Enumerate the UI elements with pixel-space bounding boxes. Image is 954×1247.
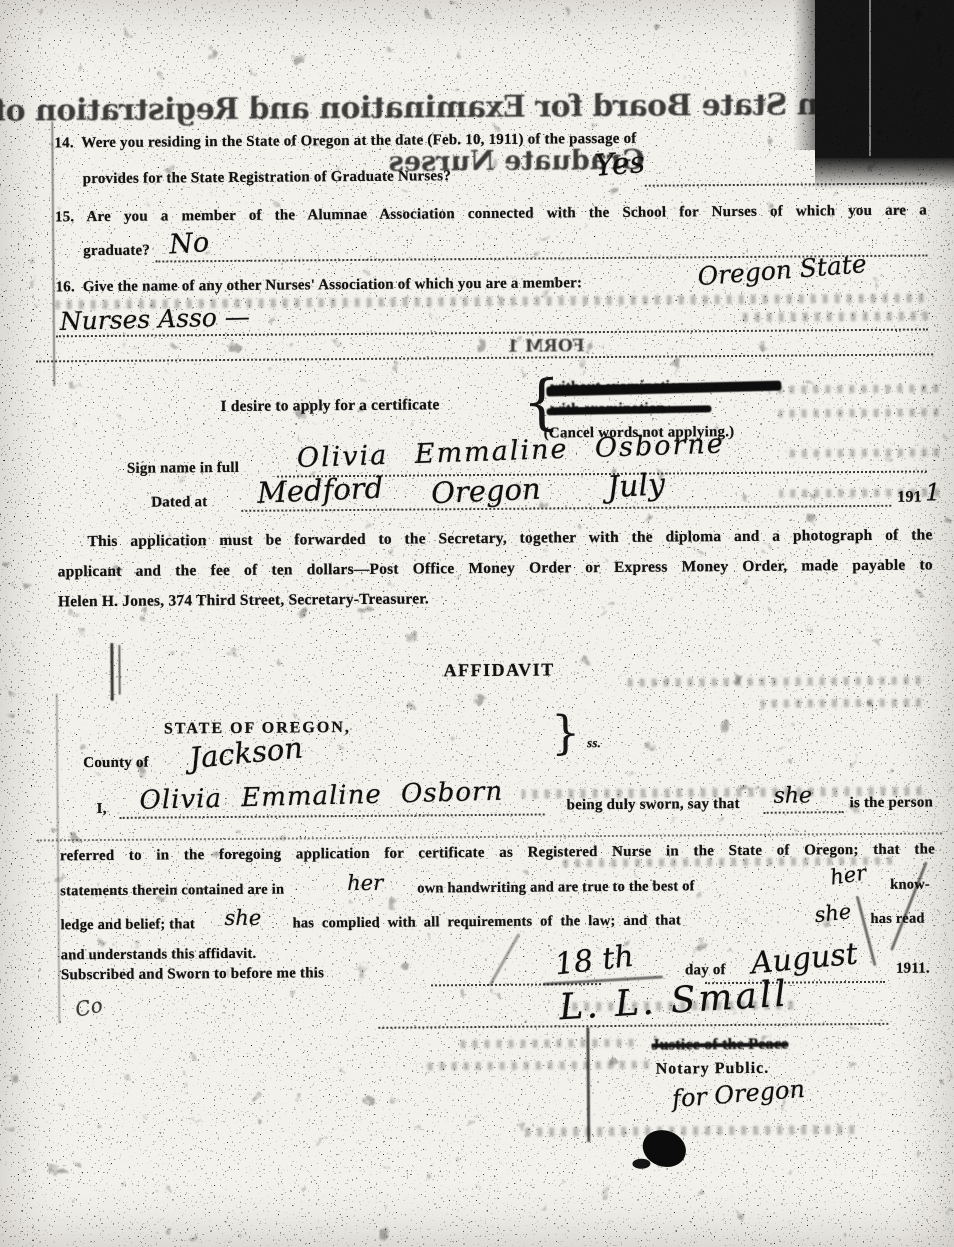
dated-at-label: Dated at — [151, 494, 207, 511]
question-16-number: 16. — [55, 279, 74, 295]
dated-state-handwriting: Oregon — [430, 472, 541, 511]
affidavit-line5: and understands this affidavit. — [61, 946, 257, 965]
affidavit-line4-end: has read — [870, 911, 924, 928]
question-15-line2: graduate? — [83, 243, 150, 261]
affidavit-line4-start: ledge and belief; that — [60, 916, 195, 934]
bleed-strip — [761, 699, 921, 708]
answer-16b-handwriting: Nurses Asso — — [59, 302, 250, 336]
bleed-strip — [768, 384, 938, 393]
blank-line — [764, 811, 844, 814]
photocopy-corner-fringe — [793, 0, 817, 150]
affidavit-i-label: I, — [97, 801, 107, 818]
bleed-strip — [779, 408, 939, 417]
desire-statement: I desire to apply for a certificate — [220, 396, 439, 416]
dated-year-printed: 191 — [897, 489, 922, 507]
margin-scribble-handwriting: Co — [73, 992, 105, 1021]
answer-14-handwriting: Yes — [593, 145, 646, 184]
affidavit-line4-mid: has complied with all requirements of th… — [292, 912, 681, 932]
question-16-line1: 16. Give the name of any other Nurses' A… — [55, 275, 582, 296]
bleed-strip — [743, 311, 928, 321]
section-divider-line — [36, 353, 933, 362]
question-15-line1: 15. Are you a member of the Alumnae Asso… — [55, 202, 927, 226]
affidavit-title: AFFIDAVIT — [443, 659, 554, 681]
pronoun-handwriting: she — [224, 906, 261, 930]
pronoun-handwriting: her — [829, 861, 868, 890]
affiant-name-handwriting: Olivia Emmaline Osborn — [139, 777, 503, 816]
ruled-line — [37, 832, 942, 841]
bleed-strip — [789, 448, 939, 457]
affidavit-line3-start: statements therein contained are in — [60, 882, 284, 901]
pronoun-handwriting: she — [813, 899, 852, 927]
question-16-text: Give the name of any other Nurses' Assoc… — [83, 275, 583, 295]
instructions-line3: Helen H. Jones, 374 Third Street, Secret… — [58, 590, 429, 611]
sworn-year: 1911. — [896, 960, 930, 977]
ink-smudge — [632, 1159, 650, 1169]
bleed-strip — [524, 1125, 854, 1137]
dated-year-handwriting: 1 — [925, 478, 941, 506]
document-content: on State Board for Examination and Regis… — [0, 0, 954, 1247]
pen-stroke — [118, 645, 120, 695]
notary-for-oregon-handwriting: for Oregon — [671, 1075, 806, 1113]
pronoun-handwriting: she — [773, 783, 812, 808]
ss-label: ss. — [587, 735, 601, 751]
scanned-document-page: on State Board for Examination and Regis… — [0, 0, 954, 1247]
photocopy-corner-fade — [815, 156, 954, 190]
question-14-text: Were you residing in the State of Oregon… — [81, 131, 636, 151]
bleed-strip — [424, 1061, 649, 1071]
bleedthrough-form-number: FORM 1 — [496, 336, 596, 357]
question-14-number: 14. — [54, 135, 73, 151]
photocopy-corner-artifact — [815, 0, 954, 158]
pen-stroke — [488, 933, 520, 987]
affidavit-line1-end: is the person — [850, 794, 934, 812]
pronoun-handwriting: her — [347, 871, 383, 895]
ss-brace: } — [551, 705, 581, 759]
question-14-line2: provides for the State Registration of G… — [83, 168, 451, 188]
county-of-label: County of — [83, 755, 149, 773]
pen-stroke — [856, 896, 877, 966]
instructions-line2: applicant and the fee of ten dollars—Pos… — [58, 556, 933, 581]
affidavit-line1-mid: being duly sworn, say that — [567, 796, 740, 814]
pen-stroke — [110, 643, 113, 701]
question-14-line1: 14. Were you residing in the State of Or… — [54, 129, 866, 152]
answer-15-handwriting: No — [168, 227, 210, 260]
scan-streak — [869, 0, 871, 158]
sign-name-label: Sign name in full — [127, 460, 239, 478]
bleed-strip — [621, 677, 921, 687]
dated-month-handwriting: July — [606, 467, 666, 505]
notary-public-label: Notary Public. — [656, 1060, 770, 1079]
sworn-statement: Subscribed and Sworn to before me this — [61, 965, 324, 984]
sworn-day-handwriting: 18 th — [553, 939, 636, 983]
bleed-strip — [453, 1039, 633, 1048]
instructions-line1: This application must be forwarded to th… — [87, 526, 932, 551]
pen-stroke — [890, 861, 928, 950]
bleedthrough-header-text: on State Board for Examination and Regis… — [38, 87, 838, 128]
margin-rule — [51, 121, 55, 386]
affidavit-line3-mid: own handwriting and are true to the best… — [417, 878, 695, 897]
dated-city-handwriting: Medford — [256, 471, 383, 510]
struck-justice-of-peace: Justice of the Peace — [651, 1036, 788, 1055]
affidavit-line3-end: know- — [890, 876, 930, 893]
